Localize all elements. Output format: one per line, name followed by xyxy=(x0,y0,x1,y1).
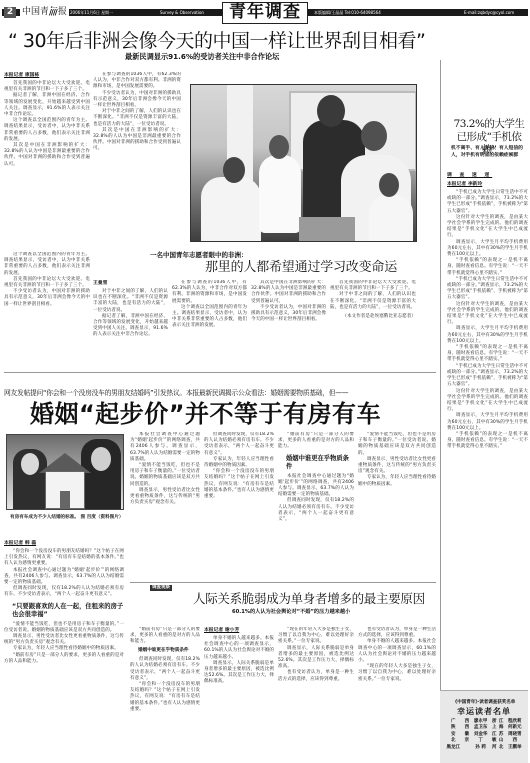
story2-photo-caption: 有房有车成为不少人结婚的标准。 图 百度（资料图片） xyxy=(10,515,122,522)
paragraph: 专家认为，年轻人应当理性看待婚姻中的物质因素。 xyxy=(358,475,436,487)
paragraph: 调查显示，男性受访者比女性更看重物质条件，这与传统的“男方负责买房”观念有关。 xyxy=(358,457,436,476)
paragraph: 调查显示，大学生月平均手机费用为60元左右，其中有30%的学生月手机费在100元… xyxy=(447,413,528,432)
paragraph: 这个调查以全国范围内的青年为主。调查结果显示，受访者中，认为中非关系非常重要的人… xyxy=(4,252,90,277)
paragraph: “手机依赖”的表现之一是机不离身、随时查看信息。有学生说：“一天不带手机就觉得心… xyxy=(447,258,528,277)
winners-row: 陕西孟卫东 上海何新元 xyxy=(443,725,525,731)
story3-subheadline: 60.1%的人认为社会舆论对“不婚”的压力越来越小 xyxy=(232,609,350,616)
paragraph: 在参与调查的1036人中，有62.3%的人认为，中非合作对双方都有利。非洲的资源… xyxy=(172,280,247,305)
paragraph: “现在的年轻人大多是独生子女，习惯了以自我为中心，难以处理好亲密关系。”一位专家… xyxy=(278,627,354,646)
paragraph: 调查显示，男性受访者比女性更看重物质条件，这与传统的“男方负责买房”观念有关。 xyxy=(4,634,124,646)
paragraph: 调查显示，人际关系脆弱是单身者增多的最主要原因，被选比例达52.6%。其次是工作… xyxy=(204,661,274,686)
paragraph: 这个调查以全国范围内的青年为主。调查结果显示，受访者中，认为中非关系非常重要的人… xyxy=(4,118,90,143)
paragraph: 单身不婚的人越来越多。本报社会调查中心的一项调查显示，60.1%的人认为社会舆论… xyxy=(358,639,436,664)
story2-column-5: “爱情不能当饭吃，但也不是用房子和车子衡量的。”一位受访者说。婚姻的物质基础应该… xyxy=(358,432,436,580)
paragraph: 这个调查以全国范围内的青年为主。调查结果显示，受访者中，认为中非关系非常重要的人… xyxy=(172,305,247,330)
story2-byline: 本报记者 韩 磊 xyxy=(4,540,124,547)
divider xyxy=(130,582,436,583)
story3-column-4: 也有受访者认为，单身是一种生活方式的选择，应该得到尊重。 单身不婚的人越来越多。… xyxy=(358,627,436,763)
winners-kicker: 《中国青年》·读者调查获奖名单 xyxy=(440,699,528,706)
paragraph: “爱情不能当饭吃，但也不是用房子和车子衡量的。”一位受访者说。婚姻的物质基础应该… xyxy=(4,622,124,634)
paragraph: 也有受访者认为，单身是一种生活方式的选择，应该得到尊重。 xyxy=(278,670,354,682)
paper-logo: 中国青年报 xyxy=(20,5,69,19)
story3-byline: 本报记者 谢小芳 xyxy=(204,627,274,634)
story1b-column-1: 王曼雪 对于中非之间的了解，人们的认识也在不断深化。“非洲不仅是资源丰富的大陆，… xyxy=(93,280,168,358)
story1-byline: 本报记者 康国栋 xyxy=(4,72,90,79)
story2-headline: 婚姻“起步价”并不等于有房有车 xyxy=(30,400,381,429)
paragraph: “手机依赖”的表现之一是机不离身、随时查看信息。有学生说：“一天不带手机就觉得心… xyxy=(447,432,528,451)
paragraph: 首先我国的中非论坛大大受欢迎。电视里有关非洲的节目和一下子多了三个。 xyxy=(4,277,90,289)
story3-headline: 人际关系脆弱成为单身者增多的最主要原因 xyxy=(193,591,425,606)
email-line: E-mail:zqbdyc@cyol.com xyxy=(464,9,514,16)
paragraph: 首先我国的中非论坛大大受欢迎。电视里有关非洲的节目和一下子多了三个。 xyxy=(4,81,90,93)
section-english: Survey & Observation xyxy=(160,9,204,16)
paragraph: 据记者了解，非洲中国在经济、合作等领域的发展变化，开始越来越受到中国人关注。调查… xyxy=(93,314,168,339)
paragraph: 不少受访者认为，中国对非洲的援助具有示范意义，30年后非洲会像今天的中国一样让世… xyxy=(4,289,90,308)
paragraph: 在参与调查的1036人中，有62.3%的人认为，中非合作对双方都有利。非洲的资源… xyxy=(93,72,181,91)
story3-column-2: 本报记者 谢小芳 单身不婚的人越来越多。本报社会调查中心的一项调查显示，60.1… xyxy=(204,627,274,763)
story2-column-4: “婚前有房”只是一部分人的要求，更多的人看重的是对方的人品和能力。 婚姻中谁更在… xyxy=(278,432,354,580)
paragraph: 据记者了解，非洲中国在经济、合作等领域的发展变化，开始越来越受到中国人关注。调查… xyxy=(4,93,90,118)
paragraph: 调查显示，大学生月平均手机费用为60元左右，其中有30%的学生月手机费在100元… xyxy=(447,326,528,345)
paragraph: 本报社会调查中心通过题为“婚姻‘起步价’”的网络调查，共有2406人参与。调查显… xyxy=(4,568,124,587)
paragraph: “你会和一个没房没车的男朋友结婚吗？”这个帖子在网上引发热议，有网友说：“有房有… xyxy=(4,549,124,568)
story1b-kicker: 一名中国青年志愿者眼中的非洲： xyxy=(150,251,248,259)
winners-row: 黑龙江孙 莉 河北王鹏举 xyxy=(443,745,525,751)
couple-house-photo xyxy=(6,434,124,510)
paragraph: 这份针对大学生的调查，是由某大学社会学系的学生完成的。他们的调查结果是“手机文化… xyxy=(447,389,528,414)
paragraph: 专家认为，年轻人应当理性看待婚姻中的物质因素。 xyxy=(204,457,274,469)
paragraph: 也有受访者认为，单身是一种生活方式的选择，应该得到尊重。 xyxy=(358,627,436,639)
paragraph: 专家认为，年轻人应当理性看待婚姻中的物质因素。 xyxy=(4,646,124,652)
masthead: 2 中国青年报 //// 2006年11月6日 星期一 Survey & Obs… xyxy=(2,2,528,24)
story1-subheadline: 最新民调显示91.6%的受访者关注中非合作论坛 xyxy=(125,52,279,61)
story3-column-3: “现在的年轻人大多是独生子女，习惯了以自我为中心，难以处理好亲密关系。”一位专家… xyxy=(278,627,354,763)
story2-inline-subhead: “只要跟喜欢的人在一起，住租来的房子也会很幸福” xyxy=(12,603,124,620)
page-number: 2 xyxy=(4,7,16,18)
sidebar-dek: 机不离手、有人发信、有人短信的人，对手机有明显的依赖症候群 xyxy=(451,146,528,159)
paragraph: “爱情不能当饭吃，但也不是用房子和车子衡量的。”一位受访者说。婚姻的物质基础应该… xyxy=(358,432,436,457)
sidebar-section: 调 查 速 递 xyxy=(447,172,528,179)
paragraph: 对于中非之间的了解，人们的认识也在不断深化。“非洲不仅是资源丰富的大陆，也是有活… xyxy=(93,289,168,314)
divider xyxy=(4,372,436,373)
story1b-column-2: 在参与调查的1036人中，有62.3%的人认为，中非合作对双方都有利。非洲的资源… xyxy=(172,280,247,358)
paragraph: “手机已成为大学生日常生活中不可或缺的一部分。”调查显示，73.2%的大学生已形… xyxy=(447,277,528,302)
paragraph: 但调查同时发现，仅有18.2%的人认为结婚必须有房有车。不少受访者表示，“两个人… xyxy=(4,586,124,598)
paragraph: 本报社会调查中心通过题为“婚姻‘起步价’”的网络调查，共有2406人参与。调查显… xyxy=(278,474,354,499)
story2-kicker: 网友发帖提问“你会和一个没房没车的男朋友结婚吗”引发热议。本报最新民调揭示公众看… xyxy=(4,389,348,398)
story2-column-1: 本报记者 韩 磊 “你会和一个没房没车的男朋友结婚吗？”这个帖子在网上引发热议，… xyxy=(4,540,124,763)
paragraph: 其次是中国在非洲影响的扩大：32.8%的人认为中国是非洲最重要的合作伙伴。中国对… xyxy=(251,280,326,305)
paragraph: 首先我国的中非论坛大大受欢迎。电视里有关非洲的节目和一下子多了三个。 xyxy=(330,280,416,292)
story3-label: 调查观察 xyxy=(150,585,172,591)
paragraph: 其次是中国在非洲影响的扩大：32.8%的人认为中国是非洲最重要的合作伙伴。中国对… xyxy=(4,143,90,168)
paragraph: 但调查同时发现，仅有18.2%的人认为结婚必须有房有车。不少受访者表示，“两个人… xyxy=(130,657,200,682)
paragraph: 这份针对大学生的调查，是由某大学社会学系的学生完成的。他们的调查结果是“手机文化… xyxy=(447,215,528,240)
paragraph: 调查显示，人际关系脆弱是单身者增多的最主要原因，被选比例达52.6%。其次是工作… xyxy=(278,646,354,671)
paragraph: “婚前有房”只是一部分人的要求，更多的人看重的是对方的人品和能力。 xyxy=(130,627,200,646)
paragraph: 对于中非之间的了解，人们的认识也在不断深化。“非洲不仅是资源丰富的大陆，也是有活… xyxy=(330,292,416,311)
story1-column-1: 本报记者 康国栋 首先我国的中非论坛大大受欢迎。电视里有关非洲的节目和一下子多了… xyxy=(4,72,90,250)
family-photo xyxy=(190,84,417,242)
story3-column-1: “婚前有房”只是一部分人的要求，更多的人看重的是对方的人品和能力。 婚姻中谁更在… xyxy=(130,627,200,763)
sidebar-divider xyxy=(440,60,441,763)
story1b-column-4: 首先我国的中非论坛大大受欢迎。电视里有关非洲的节目和一下子多了三个。 对于中非之… xyxy=(330,280,416,358)
paragraph: 对于中非之间的了解，人们的认识也在不断深化。“非洲不仅是资源丰富的大陆，也是有活… xyxy=(93,109,181,128)
paragraph: 但调查同时发现，仅有18.2%的人认为结婚必须有房有车。不少受访者表示，“两个人… xyxy=(204,432,274,457)
winners-title: 幸运读者名单 xyxy=(440,706,528,717)
masthead-slashes: //// xyxy=(48,8,58,17)
story1b-headline: 那里的人都希望通过学习改变命运 xyxy=(205,260,397,276)
paragraph: 调查显示，男性受访者比女性更看重物质条件，这与传统的“男方负责买房”观念有关。 xyxy=(130,488,200,507)
paragraph: 其次是中国在非洲影响的扩大：32.8%的人认为中国是非洲最重要的合作伙伴。中国对… xyxy=(93,128,181,153)
paragraph: “你会和一个没房没车的男朋友结婚吗？”这个帖子在网上引发热议，有网友说：“有房有… xyxy=(130,682,200,713)
story1-headline: “ 30年后非洲会像今天的中国一样让世界刮目相看” xyxy=(8,30,425,52)
winners-table: 广西廖永甲 浙江程欣莉 陕西孟卫东 上海何新元 安徽刘金华 江苏周晓雪 北京丁 … xyxy=(443,719,525,751)
paragraph: 不少受访者认为，中国对非洲的援助具有示范意义，30年后非洲会像今天的中国一样让世… xyxy=(251,305,326,324)
paragraph: 不少受访者认为，中国对非洲的援助具有示范意义，30年后非洲会像今天的中国一样让世… xyxy=(93,91,181,110)
paragraph: “爱情不能当饭吃，但也不是用房子和车子衡量的。”一位受访者说。婚姻的物质基础应该… xyxy=(130,463,200,488)
story2-column-2: 本报社会调查中心通过题为“婚姻‘起步价’”的网络调查，共有2406人参与。调查显… xyxy=(130,432,200,580)
paragraph: “手机已成为大学生日常生活中不可或缺的一部分。”调查显示，73.2%的大学生已形… xyxy=(447,190,528,215)
paragraph: “手机依赖”的表现之一是机不离身、随时查看信息。有学生说：“一天不带手机就觉得心… xyxy=(447,345,528,364)
editor-line: 本版编辑/王晶晶 Tel:010-64098564 xyxy=(314,9,381,16)
sidebar-column: 调 查 速 递 本报记者 李新玲 “手机已成为大学生日常生活中不可或缺的一部分。… xyxy=(447,172,528,682)
story1b-column-3: 其次是中国在非洲影响的扩大：32.8%的人认为中国是非洲最重要的合作伙伴。中国对… xyxy=(251,280,326,358)
winners-box: 《中国青年》·读者调查获奖名单 幸运读者名单 广西廖永甲 浙江程欣莉 陕西孟卫东… xyxy=(440,690,528,763)
story2-inline-subhead-2: 婚姻中谁更在乎物质条件 xyxy=(286,455,354,472)
sidebar-byline: 本报记者 李新玲 xyxy=(447,181,528,188)
story1b-byline: 王曼雪 xyxy=(93,280,168,287)
story3-inline-note: 婚姻中谁更在乎物质条件 xyxy=(138,648,200,655)
paragraph: 单身不婚的人越来越多。本报社会调查中心的一项调查显示，60.1%的人认为社会舆论… xyxy=(204,636,274,661)
author-note: （本文作者是赴埃塞俄比亚志愿者） xyxy=(330,314,416,320)
paragraph: “婚前有房”只是一部分人的要求，更多的人看重的是对方的人品和能力。 xyxy=(4,653,124,665)
paragraph: “你会和一个没房没车的男朋友结婚吗？”这个帖子在网上引发热议，有网友说：“有房有… xyxy=(204,469,274,500)
story1-column-3: 这个调查以全国范围内的青年为主。调查结果显示，受访者中，认为中非关系非常重要的人… xyxy=(4,252,90,357)
paragraph: 调查显示，大学生月平均手机费用为60元左右，其中有30%的学生月手机费在100元… xyxy=(447,240,528,259)
masthead-date: 2006年11月6日 星期一 xyxy=(70,9,113,16)
paragraph: “婚前有房”只是一部分人的要求，更多的人看重的是对方的人品和能力。 xyxy=(278,432,354,451)
section-title: 青年调查 xyxy=(222,2,308,24)
paragraph: “手机已成为大学生日常生活中不可或缺的一部分。”调查显示，73.2%的大学生已形… xyxy=(447,364,528,389)
paragraph: 本报社会调查中心通过题为“婚姻‘起步价’”的网络调查，共有2406人参与。调查显… xyxy=(130,432,200,463)
story2-column-3: 但调查同时发现，仅有18.2%的人认为结婚必须有房有车。不少受访者表示，“两个人… xyxy=(204,432,274,580)
paragraph: 这份针对大学生的调查，是由某大学社会学系的学生完成的。他们的调查结果是“手机文化… xyxy=(447,302,528,327)
paragraph: “现在的年轻人大多是独生子女，习惯了以自我为中心，难以处理好亲密关系。”一位专家… xyxy=(358,664,436,683)
paragraph: 但调查同时发现，仅有18.2%的人认为结婚必须有房有车。不少受访者表示，“两个人… xyxy=(278,498,354,523)
story1-column-2: 在参与调查的1036人中，有62.3%的人认为，中非合作对双方都有利。非洲的资源… xyxy=(93,72,181,250)
